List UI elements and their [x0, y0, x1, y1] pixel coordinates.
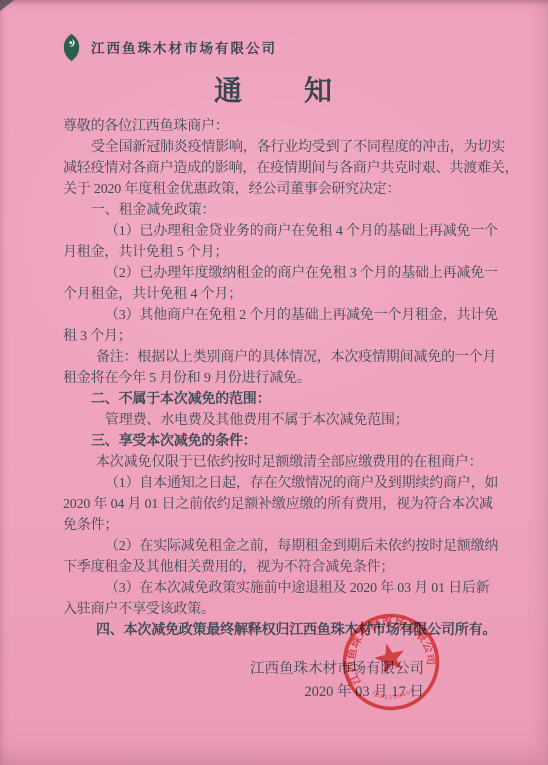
notice-line: 备注：根据以上类别商户的具体情况，本次疫情期间减免的一个月 [63, 347, 510, 368]
signoff-date: 2020 年 03 月 17 日 [63, 681, 424, 704]
notice-line: 2020 年 04 月 01 日之前依约足额补缴应缴的所有费用，视为符合本次减 [63, 494, 510, 515]
signoff-company: 江西鱼珠木材市场有限公司 [63, 658, 424, 681]
notice-line: 租 3 个月； [63, 326, 510, 347]
letterhead-company-name: 江西鱼珠木材市场有限公司 [91, 37, 277, 57]
notice-document: 江西鱼珠木材市场有限公司 通 知 尊敬的各位江西鱼珠商户： 受全国新冠肺炎疫情影… [0, 0, 548, 765]
notice-line: 个月租金，共计免租 4 个月； [63, 284, 510, 305]
notice-line: （2）在实际减免租金之前，每期租金到期后未依约按时足额缴纳 [63, 536, 510, 557]
letterhead: 江西鱼珠木材市场有限公司 [0, 0, 548, 62]
notice-line: 关于 2020 年度租金优惠政策，经公司董事会研究决定： [63, 179, 510, 200]
notice-line: （3）其他商户在免租 2 个月的基础上再减免一个月租金，共计免 [63, 305, 510, 326]
notice-line: （3）在本次减免政策实施前中途退租及 2020 年 03 月 01 日后新 [63, 578, 510, 599]
notice-line: （2）已办理年度缴纳租金的商户在免租 3 个月的基础上再减免一 [63, 263, 510, 284]
notice-body: 尊敬的各位江西鱼珠商户： 受全国新冠肺炎疫情影响，各行业均受到了不同程度的冲击，… [0, 109, 548, 704]
section-heading: 四、本次减免政策最终解释权归江西鱼珠木材市场有限公司所有。 [63, 620, 510, 641]
section-heading: 一、租金减免政策： [63, 200, 510, 221]
section-heading: 三、享受本次减免的条件： [63, 431, 510, 452]
notice-line: 受全国新冠肺炎疫情影响，各行业均受到了不同程度的冲击，为切实 [63, 137, 510, 158]
signature-block: 江西鱼珠木材市场有限公司 2020 年 03 月 17 日 [63, 658, 510, 704]
company-logo-icon [63, 33, 80, 62]
notice-title: 通 知 [0, 75, 548, 109]
notice-line: 管理费、水电费及其他费用不属于本次减免范围； [63, 410, 510, 431]
notice-line: （1）自本通知之日起，存在欠缴情况的商户及到期续约商户，如 [63, 473, 510, 494]
notice-line: 减轻疫情对各商户造成的影响，在疫情期间与各商户共克时艰、共渡难关， [63, 158, 510, 179]
notice-line: 免条件； [63, 515, 510, 536]
notice-line: 本次减免仅限于已依约按时足额缴清全部应缴费用的在租商户： [63, 452, 510, 473]
greeting-line: 尊敬的各位江西鱼珠商户： [63, 116, 510, 137]
notice-line: 入驻商户不享受该政策。 [63, 599, 510, 620]
notice-line: （1）已办理租金贷业务的商户在免租 4 个月的基础上再减免一个 [63, 221, 510, 242]
notice-line: 下季度租金及其他相关费用的，视为不符合减免条件； [63, 557, 510, 578]
notice-line: 租金将在今年 5 月份和 9 月份进行减免。 [63, 368, 510, 389]
section-heading: 二、不属于本次减免的范围： [63, 389, 510, 410]
notice-line: 月租金，共计免租 5 个月； [63, 242, 510, 263]
